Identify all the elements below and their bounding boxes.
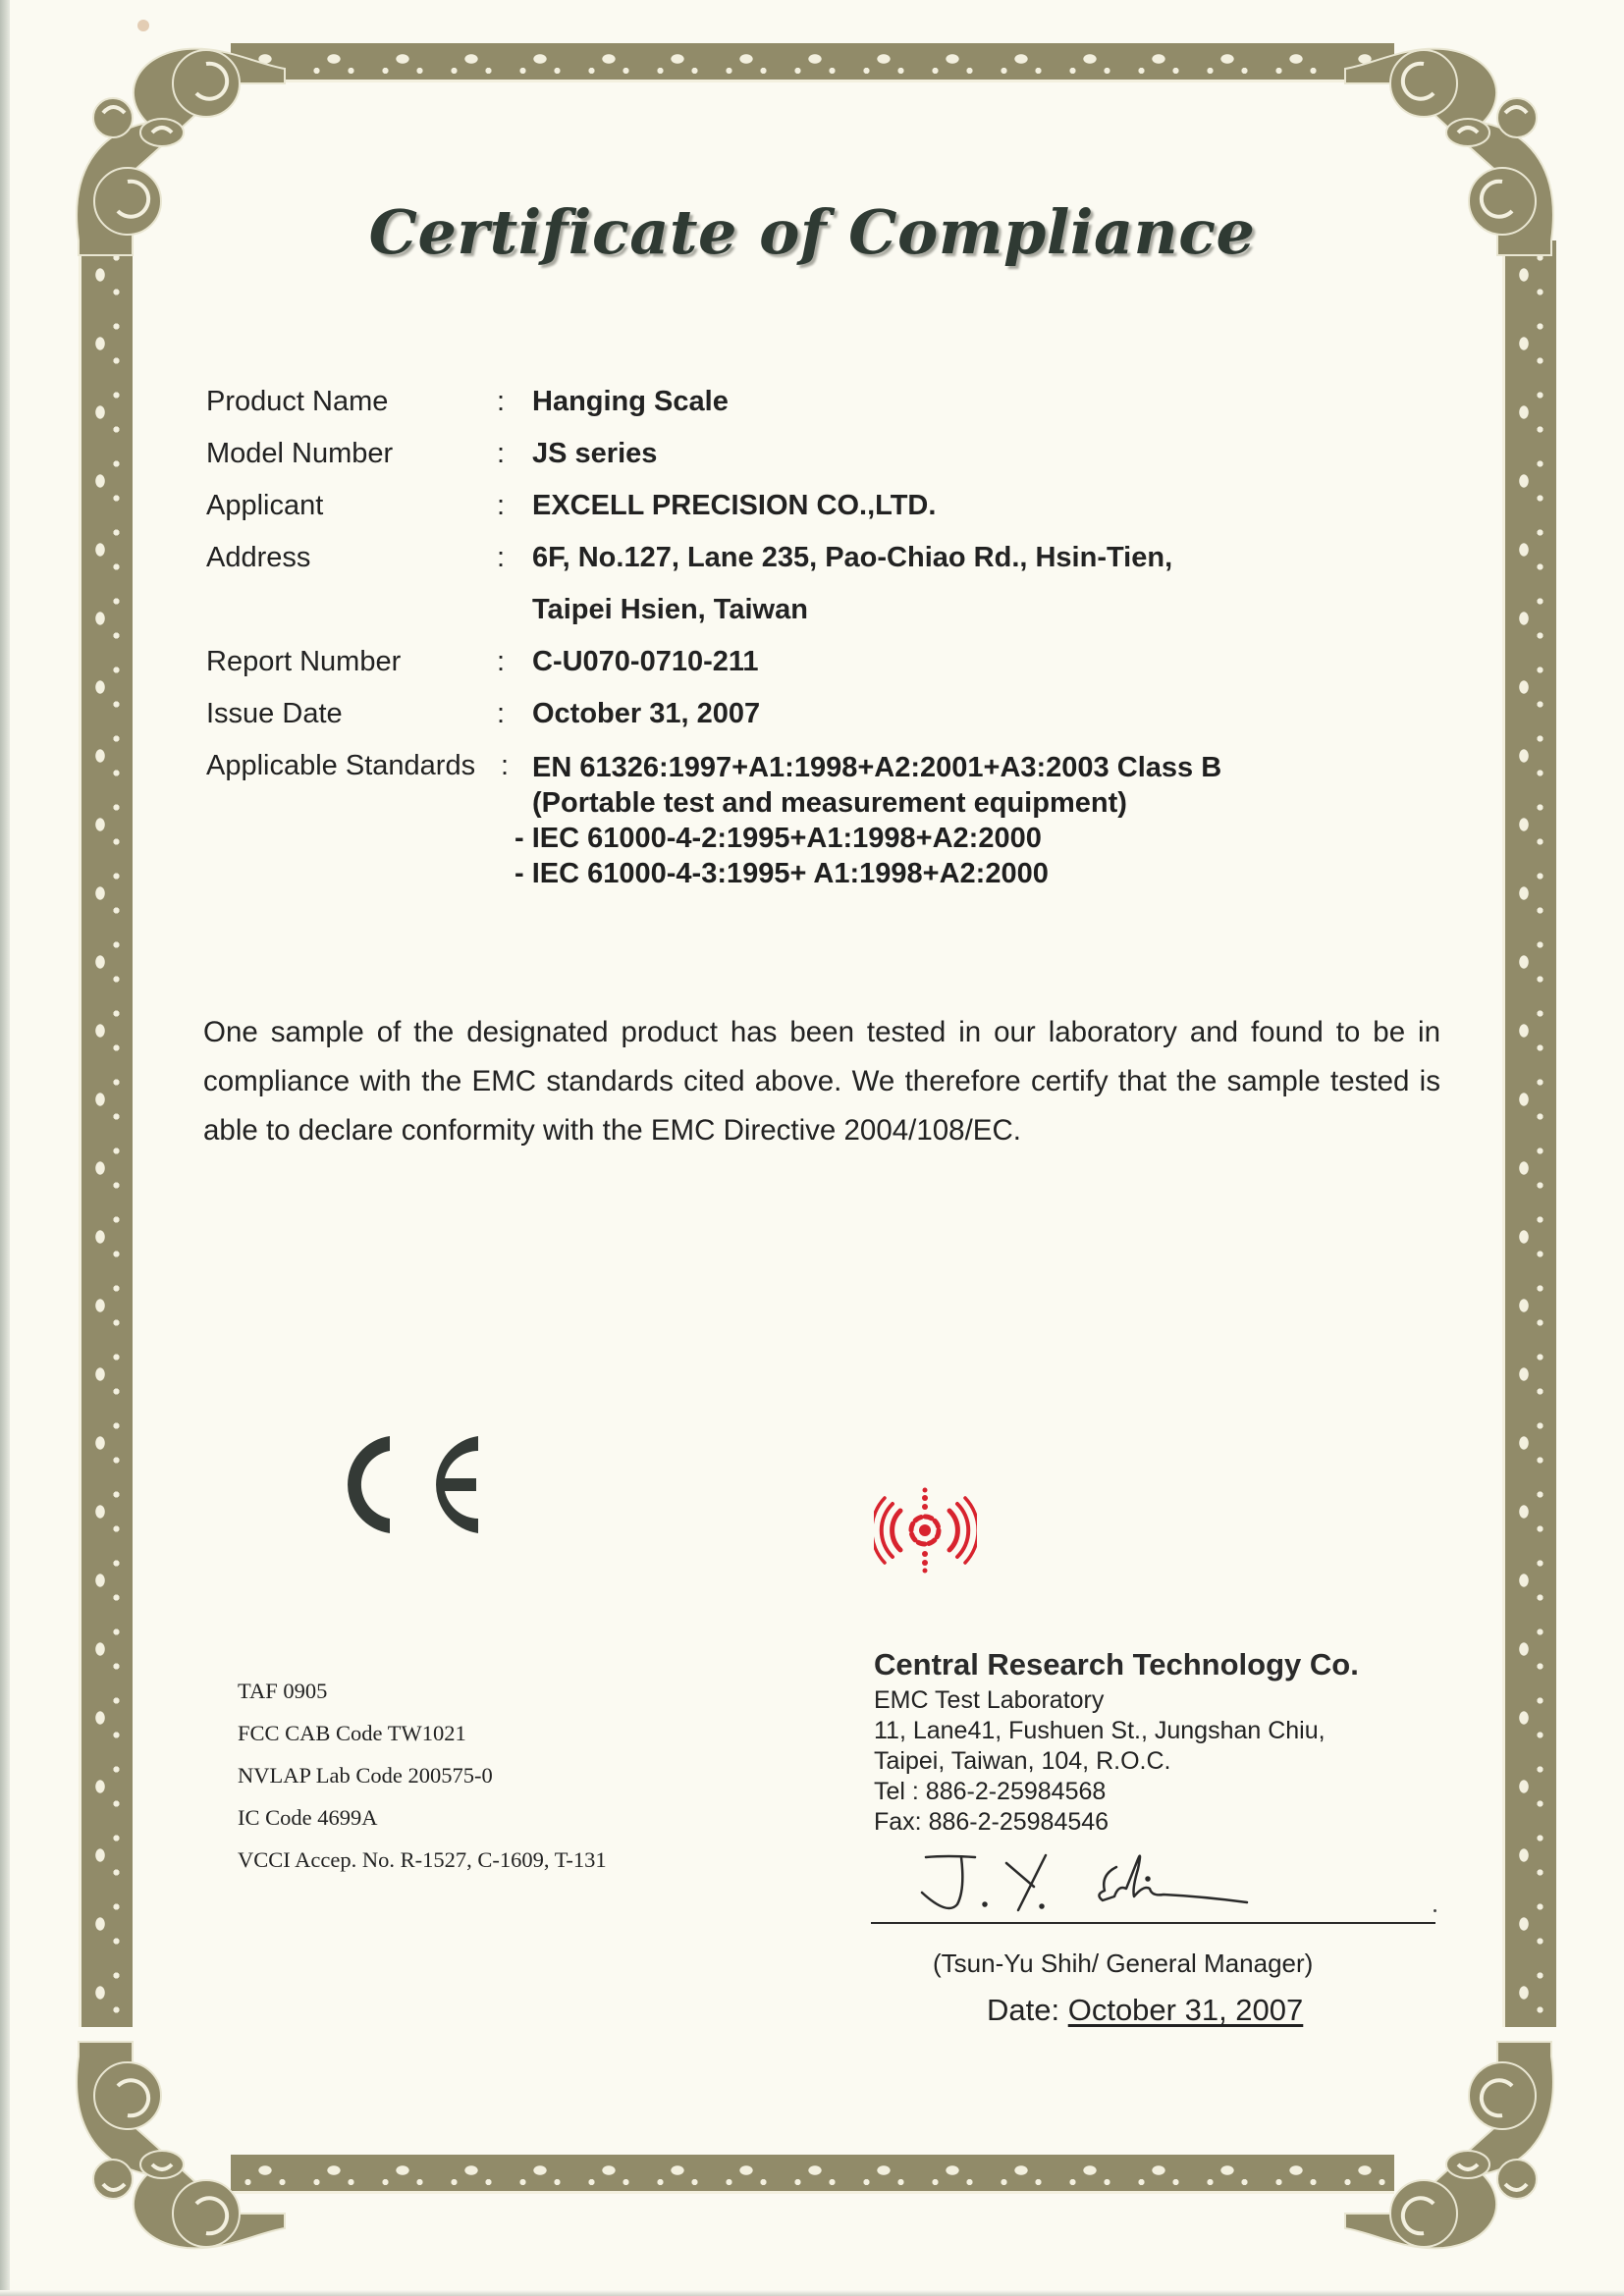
certificate-title: Certificate of Compliance (0, 196, 1624, 268)
field-label: Report Number (206, 646, 497, 678)
ornamental-border-bottom (231, 2155, 1394, 2194)
signature-date: Date: October 31, 2007 (987, 1993, 1303, 2028)
handwritten-signature (908, 1845, 1321, 1924)
scan-edge (0, 0, 10, 2296)
field-separator: : (497, 438, 532, 470)
standard-line: - IEC 61000-4-2:1995+A1:1998+A2:2000 (514, 821, 1221, 856)
corner-scroll-ornament-icon (1335, 2037, 1571, 2272)
field-value: Taipei Hsien, Taiwan (532, 594, 808, 626)
ce-mark-icon (329, 1428, 486, 1541)
field-issue-date: Issue Date : October 31, 2007 (206, 698, 1172, 750)
lab-address-line: 11, Lane41, Fushuen St., Jungshan Chiu, (874, 1716, 1359, 1746)
field-label: Model Number (206, 438, 497, 470)
certificate-fields: Product Name : Hanging Scale Model Numbe… (206, 386, 1172, 750)
field-separator: : (497, 698, 532, 730)
field-value: October 31, 2007 (532, 698, 760, 730)
signature-line-end-dot (1434, 1909, 1436, 1912)
field-separator: : (497, 386, 532, 418)
applicable-standards: Applicable Standards : EN 61326:1997+A1:… (206, 750, 1221, 891)
lab-address-line: Taipei, Taiwan, 104, R.O.C. (874, 1746, 1359, 1777)
field-label: Address (206, 542, 497, 574)
field-address: Address : 6F, No.127, Lane 235, Pao-Chia… (206, 542, 1172, 594)
accreditation-code: IC Code 4699A (238, 1796, 607, 1839)
field-address-continuation: Taipei Hsien, Taiwan (206, 594, 1172, 646)
field-value: Hanging Scale (532, 386, 729, 418)
field-label: Product Name (206, 386, 497, 418)
field-value: JS series (532, 438, 657, 470)
accreditation-codes: TAF 0905 FCC CAB Code TW1021 NVLAP Lab C… (238, 1670, 607, 1881)
ornamental-border-right (1502, 240, 1556, 2027)
date-label: Date: (987, 1993, 1068, 2027)
field-value: EXCELL PRECISION CO.,LTD. (532, 490, 936, 522)
scan-edge (0, 2290, 1624, 2296)
standard-line: EN 61326:1997+A1:1998+A2:2001+A3:2003 Cl… (532, 750, 1221, 785)
lab-fax: Fax: 886-2-25984546 (874, 1807, 1359, 1838)
field-label: Applicable Standards (206, 750, 501, 782)
field-separator: : (501, 750, 532, 782)
field-product-name: Product Name : Hanging Scale (206, 386, 1172, 438)
standard-line: (Portable test and measurement equipment… (532, 785, 1221, 821)
date-value: October 31, 2007 (1068, 1993, 1304, 2027)
field-label: Issue Date (206, 698, 497, 730)
signal-waves-logo-icon (874, 1484, 977, 1577)
lab-contact-block: Central Research Technology Co. EMC Test… (874, 1644, 1359, 1838)
field-separator: : (497, 542, 532, 574)
field-report-number: Report Number : C-U070-0710-211 (206, 646, 1172, 698)
compliance-statement: One sample of the designated product has… (203, 1008, 1440, 1155)
ornamental-border-top (231, 43, 1394, 82)
ornamental-border-left (79, 240, 133, 2027)
field-separator: : (497, 646, 532, 678)
field-value: C-U070-0710-211 (532, 646, 759, 678)
field-value: 6F, No.127, Lane 235, Pao-Chiao Rd., Hsi… (532, 542, 1172, 574)
accreditation-code: TAF 0905 (238, 1670, 607, 1712)
field-applicant: Applicant : EXCELL PRECISION CO.,LTD. (206, 490, 1172, 542)
standard-line: - IEC 61000-4-3:1995+ A1:1998+A2:2000 (514, 856, 1221, 891)
corner-scroll-ornament-icon (59, 2037, 295, 2272)
standards-list: EN 61326:1997+A1:1998+A2:2001+A3:2003 Cl… (532, 750, 1221, 891)
field-model-number: Model Number : JS series (206, 438, 1172, 490)
field-label: Applicant (206, 490, 497, 522)
accreditation-code: VCCI Accep. No. R-1527, C-1609, T-131 (238, 1839, 607, 1881)
field-separator: : (497, 490, 532, 522)
signature-line (871, 1922, 1435, 1924)
lab-name: Central Research Technology Co. (874, 1644, 1359, 1685)
accreditation-code: NVLAP Lab Code 200575-0 (238, 1754, 607, 1796)
accreditation-code: FCC CAB Code TW1021 (238, 1712, 607, 1754)
lab-line: EMC Test Laboratory (874, 1685, 1359, 1716)
lab-phone: Tel : 886-2-25984568 (874, 1777, 1359, 1807)
signer-name-title: (Tsun-Yu Shih/ General Manager) (933, 1949, 1313, 1979)
